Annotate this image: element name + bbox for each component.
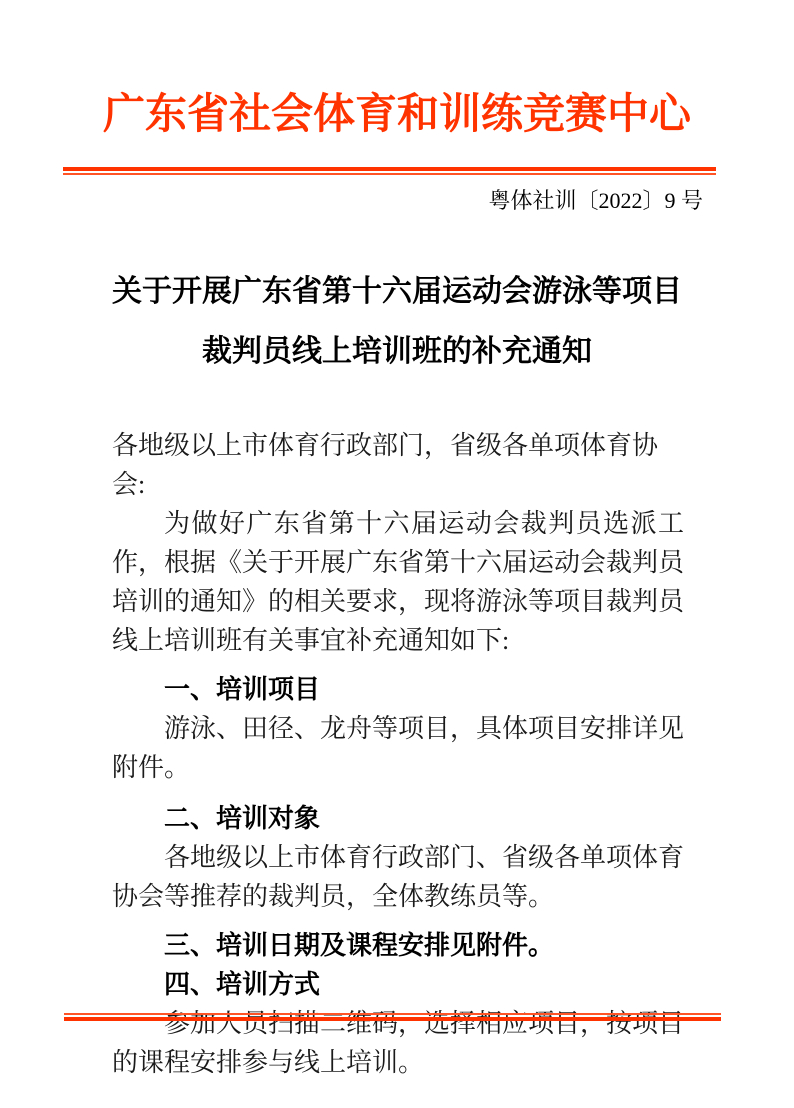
section-heading-2: 二、培训对象 bbox=[112, 799, 684, 838]
section-body-2: 各地级以上市体育行政部门、省级各单项体育协会等推荐的裁判员，全体教练员等。 bbox=[112, 838, 684, 916]
rule-thick-line bbox=[64, 1017, 721, 1021]
document-page: 广东省社会体育和训练竞赛中心 粤体社训〔2022〕9 号 关于开展广东省第十六届… bbox=[0, 0, 794, 1108]
rule-thin-line bbox=[63, 173, 716, 175]
section-training-audience: 二、培训对象 各地级以上市体育行政部门、省级各单项体育协会等推荐的裁判员，全体教… bbox=[112, 799, 684, 916]
salutation-line: 各地级以上市体育行政部门，省级各单项体育协会: bbox=[112, 426, 684, 504]
section-heading-3: 三、培训日期及课程安排见附件。 bbox=[112, 926, 684, 965]
document-number: 粤体社训〔2022〕9 号 bbox=[0, 186, 794, 216]
document-title-line-1: 关于开展广东省第十六届运动会游泳等项目 bbox=[0, 262, 794, 322]
document-body: 各地级以上市体育行政部门，省级各单项体育协会: 为做好广东省第十六届运动会裁判员… bbox=[0, 426, 794, 1082]
intro-paragraph: 为做好广东省第十六届运动会裁判员选派工作，根据《关于开展广东省第十六届运动会裁判… bbox=[112, 504, 684, 660]
section-training-method: 四、培训方式 参加人员扫描二维码，选择相应项目，按项目的课程安排参与线上培训。 bbox=[112, 965, 684, 1082]
footer-double-rule bbox=[64, 1013, 721, 1021]
document-title: 关于开展广东省第十六届运动会游泳等项目 裁判员线上培训班的补充通知 bbox=[0, 262, 794, 382]
agency-letterhead-title: 广东省社会体育和训练竞赛中心 bbox=[0, 0, 794, 140]
section-training-projects: 一、培训项目 游泳、田径、龙舟等项目，具体项目安排详见附件。 bbox=[112, 670, 684, 787]
document-title-line-2: 裁判员线上培训班的补充通知 bbox=[0, 322, 794, 382]
section-heading-4: 四、培训方式 bbox=[112, 965, 684, 1004]
letterhead-double-rule bbox=[63, 167, 716, 175]
section-heading-1: 一、培训项目 bbox=[112, 670, 684, 709]
section-training-schedule: 三、培训日期及课程安排见附件。 bbox=[112, 926, 684, 965]
section-body-1: 游泳、田径、龙舟等项目，具体项目安排详见附件。 bbox=[112, 709, 684, 787]
